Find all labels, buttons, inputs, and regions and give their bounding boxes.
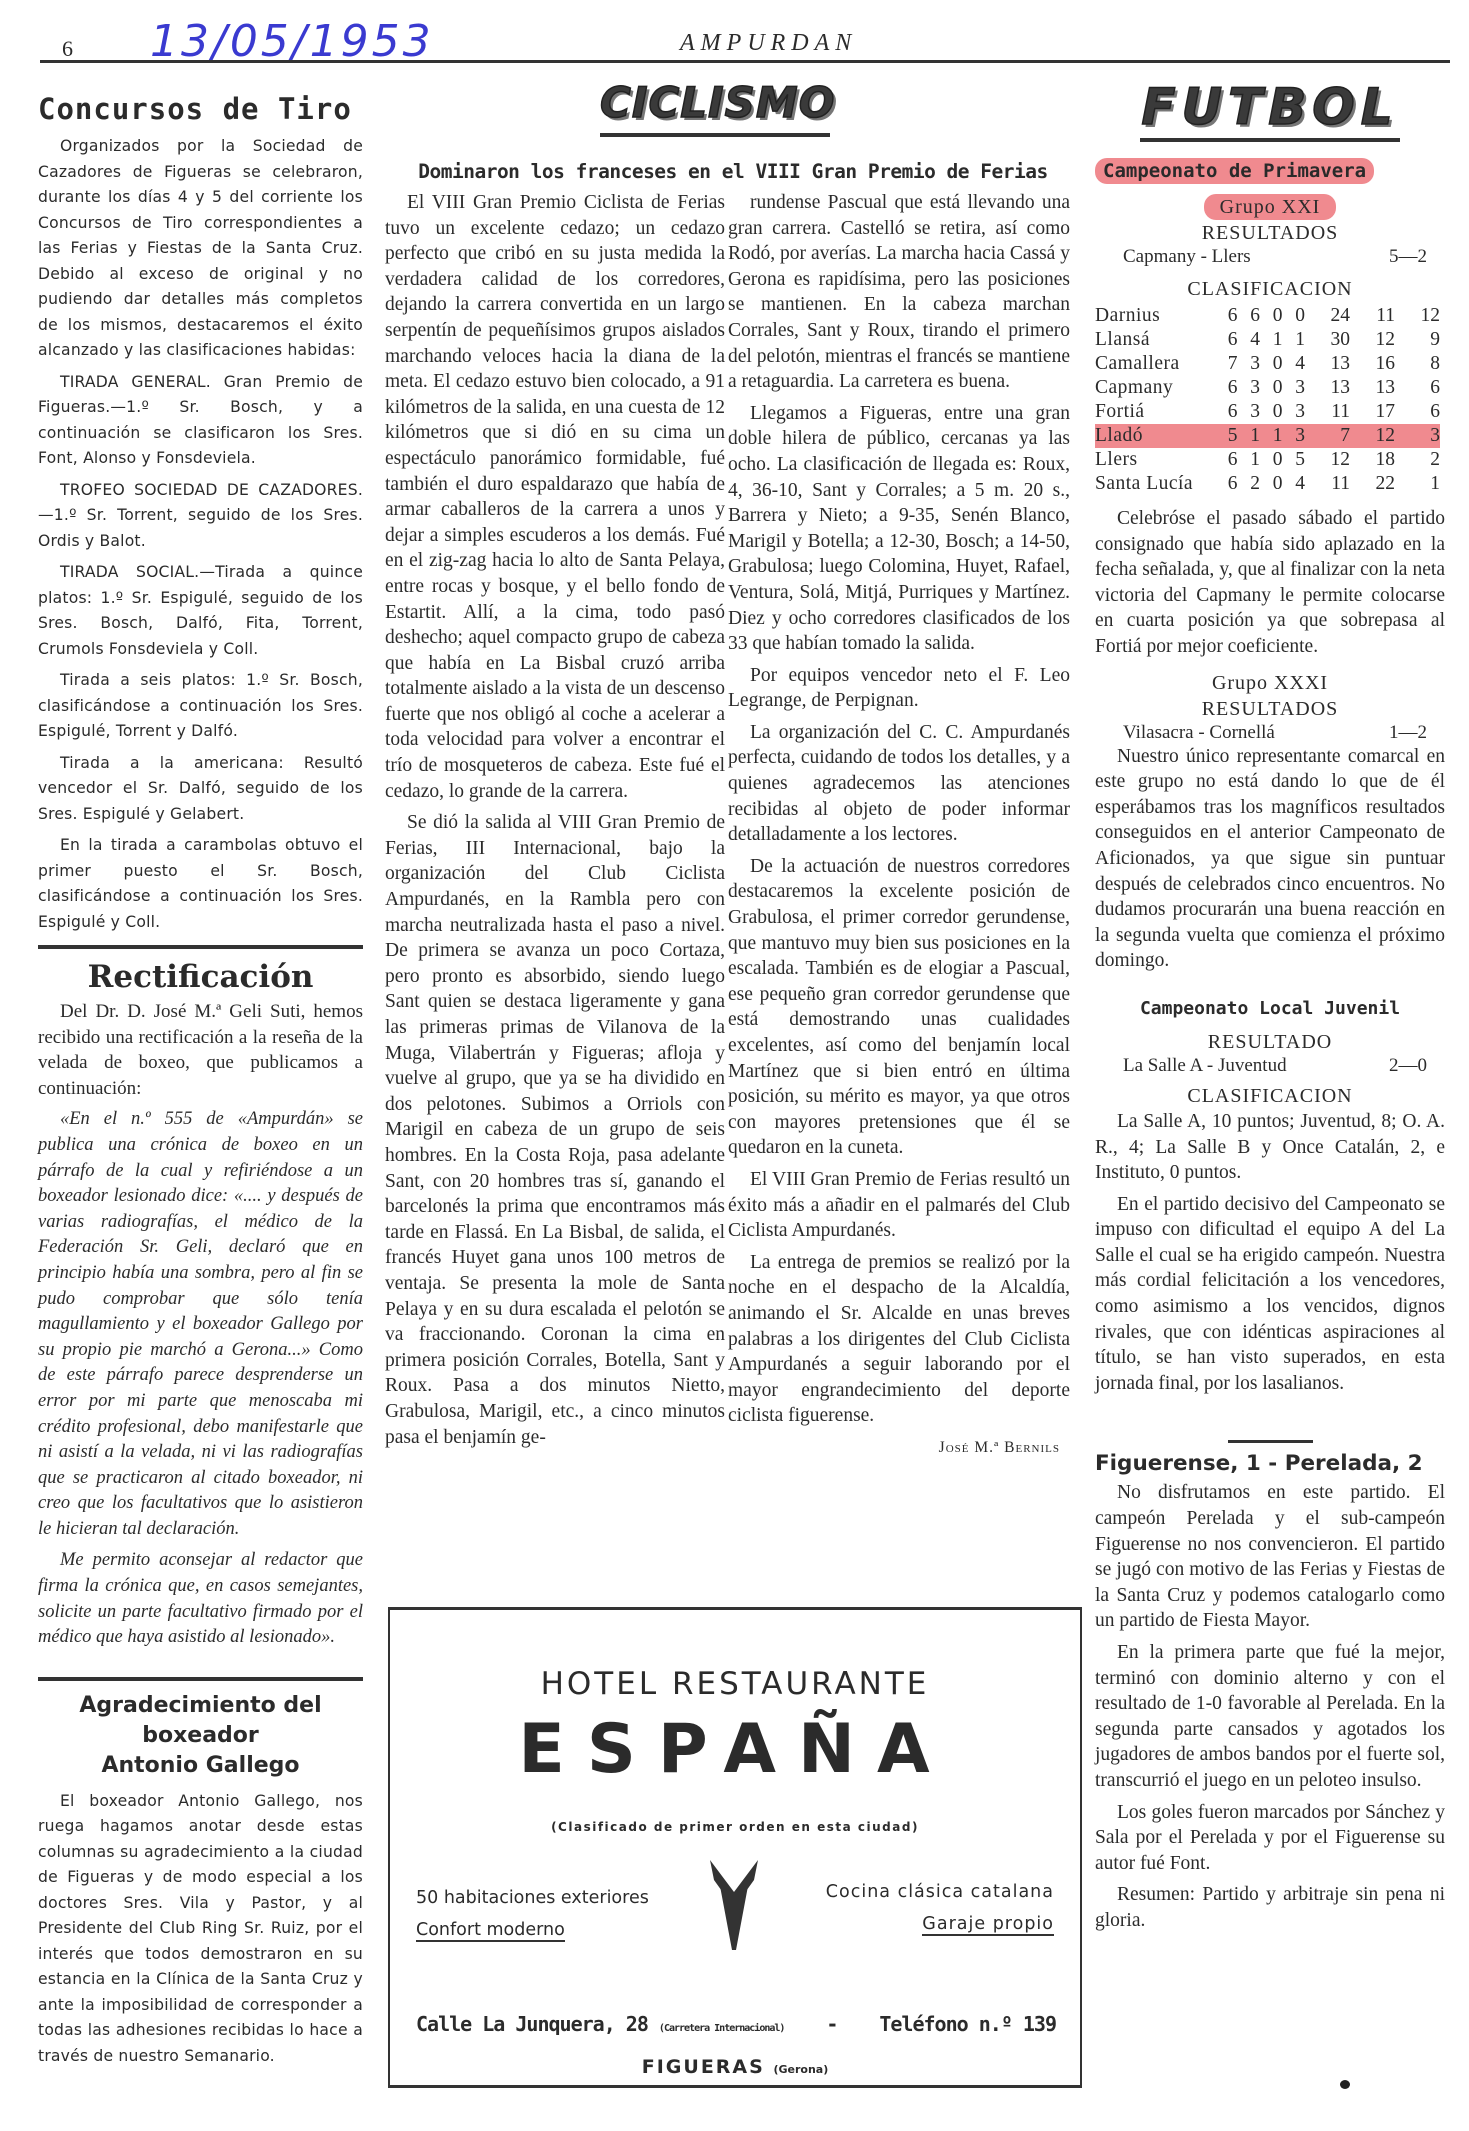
clasificacion-label: CLASIFICACION bbox=[1095, 1083, 1445, 1109]
paragraph: En la tirada a carambolas obtuvo el prim… bbox=[38, 833, 363, 935]
standings-goals-for: 24 bbox=[1305, 304, 1350, 328]
standings-row: Capmany630313136 bbox=[1095, 376, 1440, 400]
standings-row: Camallera730413168 bbox=[1095, 352, 1440, 376]
standings-team: Darnius bbox=[1095, 304, 1215, 328]
paragraph: rundense Pascual que está llevando una g… bbox=[728, 190, 1070, 395]
standings-goals-for: 12 bbox=[1305, 448, 1350, 472]
paragraph: El boxeador Antonio Gallego, nos ruega h… bbox=[38, 1789, 363, 2070]
standings-team: Camallera bbox=[1095, 352, 1215, 376]
ciclismo-banner: CICLISMO bbox=[600, 78, 830, 137]
newspaper-name: AMPURDAN bbox=[680, 30, 857, 57]
paragraph: El VIII Gran Premio de Ferias resultó un… bbox=[728, 1167, 1070, 1244]
agradecimiento-article: Agradecimiento del boxeador Antonio Gall… bbox=[38, 1691, 363, 2070]
ad-address: Calle La Junquera, 28 bbox=[416, 2012, 648, 2036]
paragraph: Nuestro único representante comarcal en … bbox=[1095, 744, 1445, 974]
paragraph: Llegamos a Figueras, entre una gran dobl… bbox=[728, 401, 1070, 657]
match-score: 2—0 bbox=[1389, 1055, 1427, 1077]
divider bbox=[38, 1677, 363, 1681]
ad-classification: (Clasificado de primer orden en esta ciu… bbox=[390, 1820, 1080, 1834]
standings-drawn: 0 bbox=[1260, 376, 1283, 400]
standings-points: 12 bbox=[1395, 304, 1440, 328]
standings-points: 3 bbox=[1395, 424, 1440, 448]
ciclismo-column-b: rundense Pascual que está llevando una g… bbox=[728, 190, 1070, 1461]
grupo-xxi-title: Grupo XXI bbox=[1204, 194, 1337, 220]
ad-comfort: Confort moderno bbox=[416, 1920, 565, 1942]
paragraph: Tirada a la americana: Resultó vencedor … bbox=[38, 751, 363, 828]
divider bbox=[38, 945, 363, 949]
standings-won: 1 bbox=[1238, 448, 1261, 472]
standings-lost: 4 bbox=[1283, 352, 1306, 376]
standings-goals-for: 11 bbox=[1305, 400, 1350, 424]
rectificacion-article: Rectificación Del Dr. D. José M.ª Geli S… bbox=[38, 959, 363, 1651]
ad-features-left: 50 habitaciones exteriores Confort moder… bbox=[416, 1882, 649, 1946]
standings-team: Capmany bbox=[1095, 376, 1215, 400]
article-title: Agradecimiento del boxeador Antonio Gall… bbox=[38, 1691, 363, 1781]
standings-goals-for: 7 bbox=[1305, 424, 1350, 448]
grupo-xxxi-title: Grupo XXXI bbox=[1095, 670, 1445, 696]
standings-lost: 3 bbox=[1283, 424, 1306, 448]
standings-goals-against: 17 bbox=[1350, 400, 1395, 424]
paragraph: En el partido decisivo del Campeonato se… bbox=[1095, 1192, 1445, 1397]
match-result: Vilasacra - Cornellá 1—2 bbox=[1095, 722, 1445, 744]
standings-team: Lladó bbox=[1095, 424, 1215, 448]
handwritten-date: 13/05/1953 bbox=[150, 16, 434, 67]
clasificacion-text: La Salle A, 10 puntos; Juventud, 8; O. A… bbox=[1095, 1109, 1445, 1186]
standings-points: 6 bbox=[1395, 400, 1440, 424]
standings-lost: 3 bbox=[1283, 400, 1306, 424]
standings-goals-for: 30 bbox=[1305, 328, 1350, 352]
standings-won: 3 bbox=[1238, 376, 1261, 400]
ad-cuisine: Cocina clásica catalana bbox=[826, 1876, 1054, 1908]
standings-goals-against: 11 bbox=[1350, 304, 1395, 328]
divider bbox=[1228, 1440, 1313, 1443]
ad-rooms: 50 habitaciones exteriores bbox=[416, 1882, 649, 1914]
paragraph: Del Dr. D. José M.ª Geli Suti, hemos rec… bbox=[38, 999, 363, 1101]
standings-lost: 4 bbox=[1283, 472, 1306, 496]
paragraph: En la primera parte que fué la mejor, te… bbox=[1095, 1640, 1445, 1794]
standings-goals-against: 18 bbox=[1350, 448, 1395, 472]
standings-drawn: 1 bbox=[1260, 424, 1283, 448]
paragraph: El VIII Gran Premio Ciclista de Ferias t… bbox=[385, 190, 725, 804]
ad-hotel-name: ESPAÑA bbox=[390, 1710, 1080, 1789]
standings-won: 4 bbox=[1238, 328, 1261, 352]
paragraph: Tirada a seis platos: 1.º Sr. Bosch, cla… bbox=[38, 668, 363, 745]
ad-hotel-line: HOTEL RESTAURANTE bbox=[390, 1666, 1080, 1702]
standings-points: 9 bbox=[1395, 328, 1440, 352]
standings-row: Fortiá630311176 bbox=[1095, 400, 1440, 424]
standings-lost: 1 bbox=[1283, 328, 1306, 352]
standings-team: Llers bbox=[1095, 448, 1215, 472]
match-score: 5—2 bbox=[1389, 246, 1427, 268]
quoted-paragraph: «En el n.º 555 de «Ampurdán» se publica … bbox=[38, 1107, 363, 1542]
quoted-paragraph: Me permito aconsejar al redactor que fir… bbox=[38, 1548, 363, 1650]
futbol-column: Campeonato de Primavera Grupo XXI RESULT… bbox=[1095, 92, 1445, 1940]
ad-features-right: Cocina clásica catalana Garaje propio bbox=[826, 1876, 1054, 1940]
ciclismo-headline: Dominaron los franceses en el VIII Gran … bbox=[388, 160, 1078, 183]
ad-province: (Gerona) bbox=[773, 2063, 828, 2076]
standings-goals-for: 13 bbox=[1305, 376, 1350, 400]
standings-goals-against: 16 bbox=[1350, 352, 1395, 376]
masthead: 6 13/05/1953 AMPURDAN bbox=[40, 18, 1450, 63]
ad-garage: Garaje propio bbox=[922, 1914, 1054, 1936]
standings-drawn: 0 bbox=[1260, 472, 1283, 496]
left-column: Concursos de Tiro Organizados por la Soc… bbox=[38, 92, 363, 2075]
match-result: La Salle A - Juventud 2—0 bbox=[1095, 1055, 1445, 1077]
newspaper-page: 6 13/05/1953 AMPURDAN CICLISMO FUTBOL Do… bbox=[0, 0, 1469, 2131]
paragraph: Por equipos vencedor neto el F. Leo Legr… bbox=[728, 663, 1070, 714]
byline: José M.ª Bernils bbox=[728, 1435, 1060, 1461]
standings-lost: 0 bbox=[1283, 304, 1306, 328]
standings-played: 6 bbox=[1215, 400, 1238, 424]
standings-drawn: 0 bbox=[1260, 352, 1283, 376]
resultados-label: RESULTADOS bbox=[1095, 696, 1445, 722]
ad-phone: Teléfono n.º 139 bbox=[879, 2012, 1056, 2036]
paragraph: TIRADA SOCIAL.—Tirada a quince platos: 1… bbox=[38, 560, 363, 662]
standings-goals-against: 12 bbox=[1350, 328, 1395, 352]
clasificacion-label: CLASIFICACION bbox=[1095, 276, 1445, 302]
standings-played: 7 bbox=[1215, 352, 1238, 376]
standings-points: 2 bbox=[1395, 448, 1440, 472]
standings-row: Llers610512182 bbox=[1095, 448, 1440, 472]
standings-drawn: 0 bbox=[1260, 448, 1283, 472]
ciclismo-column-a: El VIII Gran Premio Ciclista de Ferias t… bbox=[385, 190, 725, 1456]
title-line: Agradecimiento del boxeador bbox=[38, 1691, 363, 1751]
v-chevron-logo-icon bbox=[708, 1858, 760, 1952]
standings-played: 5 bbox=[1215, 424, 1238, 448]
hotel-espana-advertisement: HOTEL RESTAURANTE ESPAÑA (Clasificado de… bbox=[388, 1607, 1082, 2088]
juvenil-title: Campeonato Local Juvenil bbox=[1095, 998, 1445, 1019]
article-title: Concursos de Tiro bbox=[38, 92, 363, 126]
standings-won: 1 bbox=[1238, 424, 1261, 448]
match-result: Capmany - Llers 5—2 bbox=[1095, 246, 1445, 268]
standings-drawn: 1 bbox=[1260, 328, 1283, 352]
resultados-label: RESULTADOS bbox=[1095, 220, 1445, 246]
ad-address-line: Calle La Junquera, 28 (Carretera Interna… bbox=[416, 2012, 1056, 2036]
paragraph: TIRADA GENERAL. Gran Premio de Figueras.… bbox=[38, 370, 363, 472]
paragraph: Resumen: Partido y arbitraje sin pena ni… bbox=[1095, 1882, 1445, 1933]
title-line: Antonio Gallego bbox=[38, 1751, 363, 1781]
standings-drawn: 0 bbox=[1260, 400, 1283, 424]
standings-points: 8 bbox=[1395, 352, 1440, 376]
paragraph: De la actuación de nuestros corredores d… bbox=[728, 854, 1070, 1161]
paragraph: La organización del C. C. Ampurdanés per… bbox=[728, 720, 1070, 848]
campeonato-primavera-title: Campeonato de Primavera bbox=[1095, 158, 1374, 184]
standings-lost: 3 bbox=[1283, 376, 1306, 400]
concursos-tiro-article: Concursos de Tiro Organizados por la Soc… bbox=[38, 92, 363, 935]
standings-goals-for: 13 bbox=[1305, 352, 1350, 376]
paragraph: TROFEO SOCIEDAD DE CAZADORES.—1.º Sr. To… bbox=[38, 478, 363, 555]
standings-lost: 5 bbox=[1283, 448, 1306, 472]
standings-played: 6 bbox=[1215, 304, 1238, 328]
paragraph: Los goles fueron marcados por Sánchez y … bbox=[1095, 1800, 1445, 1877]
standings-row: Lladó51137123 bbox=[1095, 424, 1440, 448]
ad-address-note: (Carretera Internacional) bbox=[659, 2023, 785, 2034]
page-number: 6 bbox=[62, 36, 73, 62]
match-score: 1—2 bbox=[1389, 722, 1427, 744]
standings-goals-against: 13 bbox=[1350, 376, 1395, 400]
paragraph: Organizados por la Sociedad de Cazadores… bbox=[38, 134, 363, 364]
standings-goals-against: 12 bbox=[1350, 424, 1395, 448]
standings-team: Llansá bbox=[1095, 328, 1215, 352]
paragraph: La entrega de premios se realizó por la … bbox=[728, 1250, 1070, 1429]
standings-played: 6 bbox=[1215, 376, 1238, 400]
standings-goals-for: 11 bbox=[1305, 472, 1350, 496]
match-teams: Vilasacra - Cornellá bbox=[1123, 722, 1275, 744]
standings-played: 6 bbox=[1215, 448, 1238, 472]
resultado-label: RESULTADO bbox=[1095, 1029, 1445, 1055]
standings-won: 3 bbox=[1238, 352, 1261, 376]
ad-city: FIGUERAS bbox=[642, 2056, 765, 2078]
paragraph: Se dió la salida al VIII Gran Premio de … bbox=[385, 810, 725, 1450]
ad-city-line: FIGUERAS (Gerona) bbox=[390, 2056, 1080, 2078]
standings-row: Llansá641130129 bbox=[1095, 328, 1440, 352]
match-headline: Figuerense, 1 - Perelada, 2 bbox=[1095, 1451, 1445, 1476]
match-teams: La Salle A - Juventud bbox=[1123, 1055, 1287, 1077]
standings-table: Darnius6600241112Llansá641130129Camaller… bbox=[1095, 304, 1440, 496]
standings-points: 1 bbox=[1395, 472, 1440, 496]
standings-played: 6 bbox=[1215, 472, 1238, 496]
standings-won: 3 bbox=[1238, 400, 1261, 424]
standings-team: Fortiá bbox=[1095, 400, 1215, 424]
standings-won: 2 bbox=[1238, 472, 1261, 496]
ink-dot bbox=[1340, 2080, 1350, 2089]
standings-won: 6 bbox=[1238, 304, 1261, 328]
standings-row: Santa Lucía620411221 bbox=[1095, 472, 1440, 496]
standings-row: Darnius6600241112 bbox=[1095, 304, 1440, 328]
standings-drawn: 0 bbox=[1260, 304, 1283, 328]
standings-points: 6 bbox=[1395, 376, 1440, 400]
standings-goals-against: 22 bbox=[1350, 472, 1395, 496]
paragraph: Celebróse el pasado sábado el partido co… bbox=[1095, 506, 1445, 660]
match-teams: Capmany - Llers bbox=[1123, 246, 1251, 268]
paragraph: No disfrutamos en este partido. El campe… bbox=[1095, 1480, 1445, 1634]
article-title: Rectificación bbox=[38, 959, 363, 995]
standings-played: 6 bbox=[1215, 328, 1238, 352]
standings-team: Santa Lucía bbox=[1095, 472, 1215, 496]
